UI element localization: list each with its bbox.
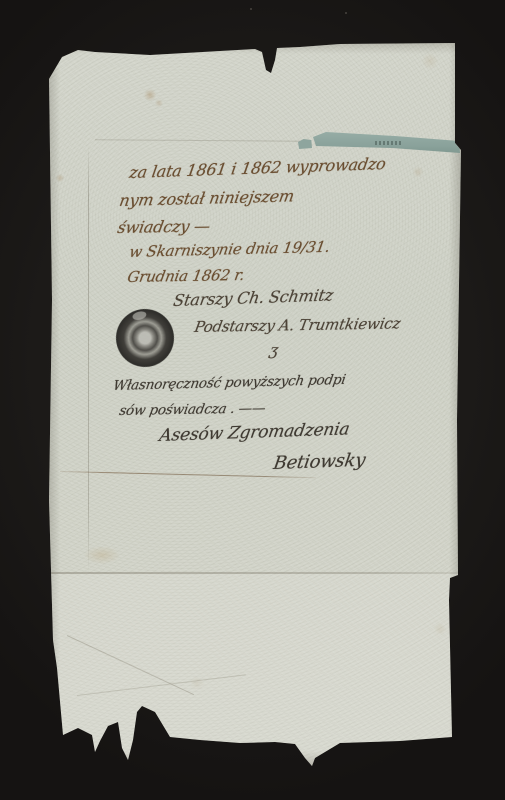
handwritten-line: Grudnia 1862 r. [126,266,246,286]
document-sheet: za lata 1861 i 1862 wyprowadzo nym zosta… [47,43,463,769]
scanned-archival-document: { "page": { "background_color": "#1b1917… [0,0,505,800]
signature-flourish: ʒ [268,341,280,359]
handwritten-line: świadczy — [116,216,212,237]
handwritten-signature: Podstarszy A. Trumtkiewicz [193,314,402,336]
handwritten-line: nym został niniejszem [118,186,296,210]
dust-speck [345,12,347,14]
attachment-strip-print [375,141,401,145]
vertical-fold-line [88,145,89,572]
handwritten-line: Własnoręczność powyższych podpi [112,372,347,394]
handwritten-line: w Skarniszynie dnia 19/31. [128,238,331,261]
round-ink-seal-icon [110,303,180,373]
handwritten-signature: Starszy Ch. Schmitz [172,285,335,310]
handwritten-line: sów poświadcza . —— [118,400,267,419]
horizontal-crease [95,139,303,141]
handwritten-signature: Asesów Zgromadzenia [158,419,351,446]
dust-speck [250,8,252,10]
attachment-strip [313,131,460,155]
handwritten-signature: Betiowsky [272,450,367,474]
handwritten-line: za lata 1861 i 1862 wyprowadzo [128,154,387,182]
sheet-edge-line [47,572,458,574]
seal-highlight [132,310,148,321]
